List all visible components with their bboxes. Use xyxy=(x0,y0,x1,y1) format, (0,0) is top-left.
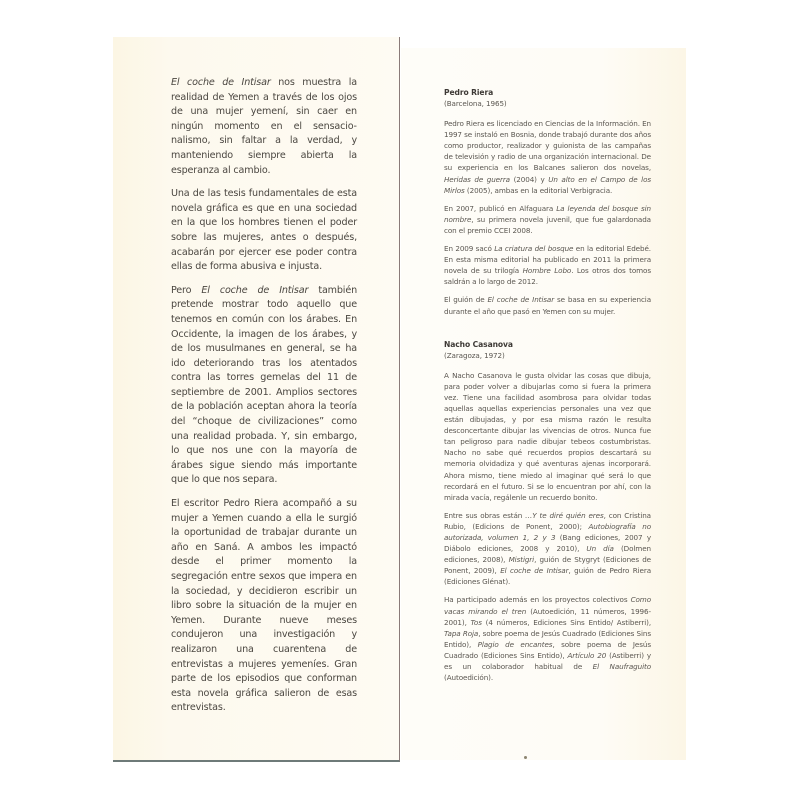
bio-paragraph: En 2009 sacó La criatura del bosque en l… xyxy=(444,243,651,287)
text-run: Una de las tesis fundamentales de esta n… xyxy=(171,188,357,272)
text-run: Pero xyxy=(171,285,201,296)
paper-speck xyxy=(524,756,527,759)
text-run: también pretende mos­trar todo aquello q… xyxy=(171,285,357,486)
italic-title: …Y te diré quién eres xyxy=(525,511,603,520)
text-run: (2005), ambas en la editorial Verbigraci… xyxy=(465,186,613,195)
text-run: (2004) y xyxy=(510,175,548,184)
author-bio: Pedro Riera(Barcelona, 1965)Pedro Riera … xyxy=(444,87,651,317)
text-run: En 2009 sacó xyxy=(444,244,494,253)
italic-title: Mistigri xyxy=(509,555,534,564)
author-origin: (Zaragoza, 1972) xyxy=(444,350,651,361)
text-run: A Nacho Casanova le gusta olvidar las co… xyxy=(444,371,651,502)
italic-title: El coche de Intisar xyxy=(201,285,308,296)
italic-title: Plagio de encantes xyxy=(478,640,553,649)
text-run: En 2007, publicó en Alfaguara xyxy=(444,204,556,213)
italic-title: Tapa Roja xyxy=(444,629,478,638)
bio-paragraph: Entre sus obras están …Y te diré quién e… xyxy=(444,510,651,588)
italic-title: La criatura del bosque xyxy=(494,244,573,253)
author-bios-column: Pedro Riera(Barcelona, 1965)Pedro Riera … xyxy=(444,87,651,705)
italic-title: Heridas de guerra xyxy=(444,175,510,184)
bio-paragraph: Ha participado además en los proyectos c… xyxy=(444,594,651,683)
bio-paragraph: En 2007, publicó en Alfaguara La leyenda… xyxy=(444,203,651,236)
text-run: (Autoedición). xyxy=(444,673,493,682)
text-run: Ha participado además en los proyectos c… xyxy=(444,595,631,604)
italic-title: El coche de Intisar xyxy=(171,77,271,88)
author-name: Nacho Casanova xyxy=(444,339,651,350)
italic-title: El coche de Intisar xyxy=(487,295,554,304)
text-run: (4 números, Ediciones Sins Entido/ Astib… xyxy=(482,618,651,627)
italic-title: Artículo 20 xyxy=(567,651,606,660)
synopsis-paragraph: El coche de Intisar nos muestra la reali… xyxy=(171,76,357,178)
italic-title: Tos xyxy=(471,618,482,627)
synopsis-column: El coche de Intisar nos muestra la reali… xyxy=(171,76,357,725)
italic-title: El coche de Intisar xyxy=(500,566,568,575)
italic-title: Hombre Lobo xyxy=(523,266,572,275)
bio-paragraph: A Nacho Casanova le gusta olvidar las co… xyxy=(444,370,651,503)
text-run: Entre sus obras están xyxy=(444,511,525,520)
synopsis-paragraph: El escritor Pedro Riera acompañó a su mu… xyxy=(171,497,357,716)
text-run: El escritor Pedro Riera acompañó a su mu… xyxy=(171,498,357,713)
text-run: Pedro Riera es licenciado en Ciencias de… xyxy=(444,119,651,172)
italic-title: Un día xyxy=(586,544,613,553)
bio-paragraph: Pedro Riera es licenciado en Ciencias de… xyxy=(444,118,651,196)
author-origin: (Barcelona, 1965) xyxy=(444,98,651,109)
text-run: El guión de xyxy=(444,295,487,304)
synopsis-paragraph: Pero El coche de Intisar también pretend… xyxy=(171,284,357,488)
synopsis-paragraph: Una de las tesis fundamentales de esta n… xyxy=(171,187,357,275)
text-run: , su primera novela juvenil, que fue gal… xyxy=(444,215,651,235)
text-run: nos muestra la realidad de Yemen a travé… xyxy=(171,77,357,176)
italic-title: El Nau­fraguito xyxy=(593,662,651,671)
author-name: Pedro Riera xyxy=(444,87,651,98)
bio-paragraph: El guión de El coche de Intisar se basa … xyxy=(444,294,651,316)
author-bio: Nacho Casanova(Zaragoza, 1972)A Nacho Ca… xyxy=(444,339,651,684)
